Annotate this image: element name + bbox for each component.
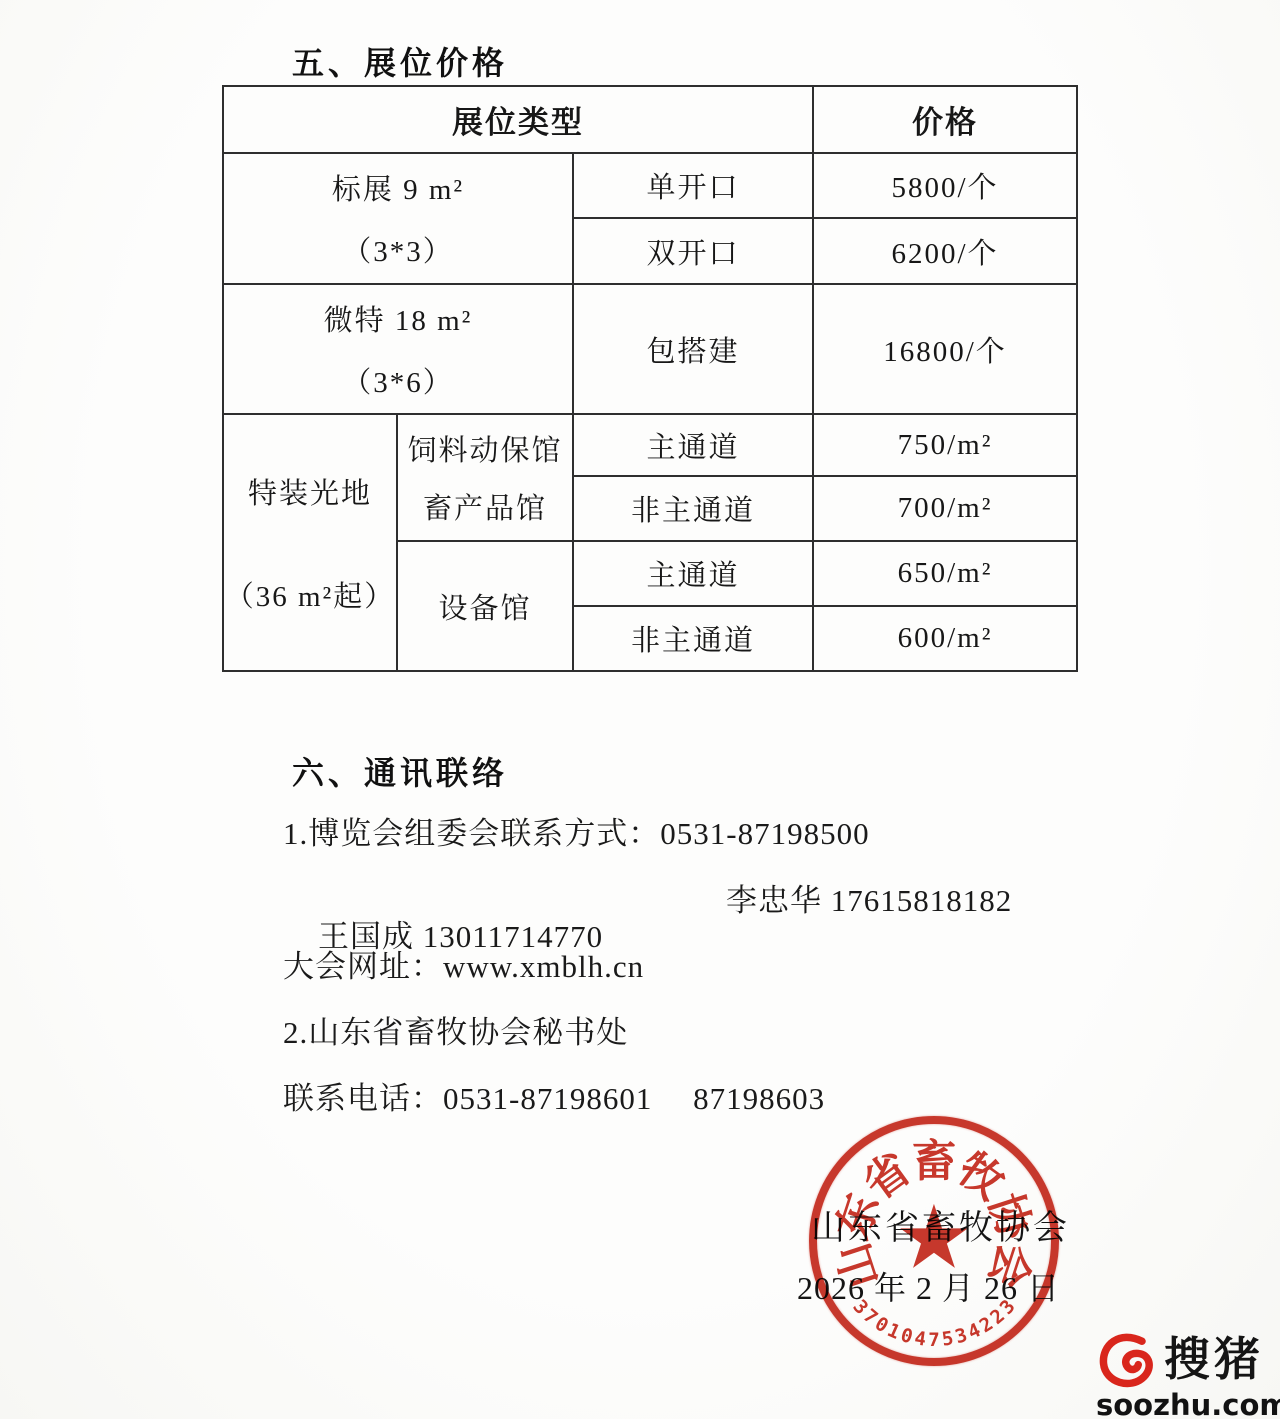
cell-main-aisle-1: 主通道: [573, 414, 813, 476]
official-seal: 山东省畜牧协会 ★ 3701047534223: [809, 1116, 1059, 1366]
soozhu-pig-icon: [1096, 1330, 1158, 1390]
cell-sub-aisle-2-price: 600/m²: [813, 606, 1077, 671]
cell-standard-booth: 标展 9 m² （3*3）: [223, 153, 573, 284]
cell-build-included-price: 16800/个: [813, 284, 1077, 414]
table-row: 特装光地 （36 m²起） 饲料动保馆 畜产品馆 主通道 750/m²: [223, 414, 1077, 476]
standard-booth-dims: （3*3）: [342, 229, 454, 270]
contact-secretariat-line: 2.山东省畜牧协会秘书处: [283, 1007, 628, 1052]
cell-raw-space: 特装光地 （36 m²起）: [223, 414, 397, 671]
cell-hall-feed: 饲料动保馆 畜产品馆: [397, 414, 573, 541]
cell-single-opening-price: 5800/个: [813, 153, 1077, 218]
raw-space-name: 特装光地: [248, 471, 372, 512]
cell-sub-aisle-1: 非主通道: [573, 476, 813, 541]
table-header-row: 展位类型 价格: [223, 86, 1077, 153]
mid-booth-size: 微特 18 m²: [324, 298, 473, 339]
soozhu-brand-cn: 搜猪: [1164, 1337, 1264, 1383]
cell-double-opening-price: 6200/个: [813, 218, 1077, 284]
contact-phones-line: 联系电话：0531-87198601 87198603: [283, 1073, 825, 1118]
cell-hall-equipment: 设备馆: [397, 541, 573, 671]
cell-main-aisle-1-price: 750/m²: [813, 414, 1077, 476]
header-booth-type: 展位类型: [223, 86, 813, 153]
cell-sub-aisle-1-price: 700/m²: [813, 476, 1077, 541]
mid-booth-dims: （3*6）: [342, 360, 454, 401]
cell-mid-booth: 微特 18 m² （3*6）: [223, 284, 573, 414]
contact-committee-line: 1.博览会组委会联系方式：0531-87198500: [283, 808, 870, 853]
cell-double-opening: 双开口: [573, 218, 813, 284]
table-row: 标展 9 m² （3*3） 单开口 5800/个: [223, 153, 1077, 218]
contact-person-2: 李忠华 17615818182: [726, 875, 1012, 920]
section6-title: 六、通讯联络: [292, 748, 508, 794]
cell-main-aisle-2-price: 650/m²: [813, 541, 1077, 606]
header-price: 价格: [813, 86, 1077, 153]
document-page: 五、展位价格 展位类型 价格 标展 9 m² （3*3） 单开口 5800/个 …: [0, 0, 1280, 1419]
hall-feed-line1: 饲料动保馆: [407, 428, 562, 469]
section5-title: 五、展位价格: [292, 38, 508, 84]
booth-price-table: 展位类型 价格 标展 9 m² （3*3） 单开口 5800/个 双开口 620…: [222, 85, 1078, 672]
cell-sub-aisle-2: 非主通道: [573, 606, 813, 671]
cell-single-opening: 单开口: [573, 153, 813, 218]
cell-build-included: 包搭建: [573, 284, 813, 414]
standard-booth-size: 标展 9 m²: [332, 167, 464, 208]
raw-space-min: （36 m²起）: [225, 574, 396, 615]
cell-main-aisle-2: 主通道: [573, 541, 813, 606]
seal-star-icon: ★: [895, 1193, 974, 1281]
contact-website-line: 大会网址：www.xmblh.cn: [283, 941, 644, 986]
hall-feed-line2: 畜产品馆: [423, 486, 547, 527]
soozhu-domain: soozhu.com: [1096, 1391, 1280, 1419]
table-row: 微特 18 m² （3*6） 包搭建 16800/个: [223, 284, 1077, 414]
soozhu-watermark: 搜猪 soozhu.com: [1096, 1330, 1280, 1419]
